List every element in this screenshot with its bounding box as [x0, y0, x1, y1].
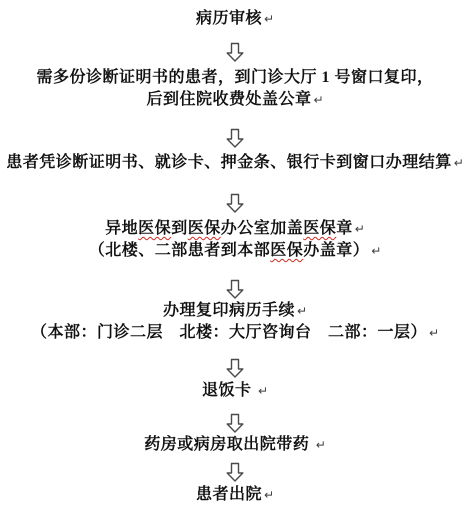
text-segment: 病历审核 — [196, 10, 262, 27]
paragraph-mark: ↵ — [297, 304, 307, 318]
flow-step-line: （本部：门诊二层 北楼：大厅咨询台 二部：一层）↵ — [31, 322, 439, 344]
text-segment: 章 — [336, 220, 353, 237]
text-segment: 异地 — [105, 220, 138, 237]
discharge-flowchart: 病历审核↵需多份诊断证明书的患者，到门诊大厅 1 号窗口复印，后到住院收费处盖公… — [0, 0, 470, 506]
flow-step-line: 病历审核↵ — [196, 8, 274, 30]
hollow-down-arrow-icon — [226, 42, 244, 62]
paragraph-mark: ↵ — [454, 156, 464, 170]
text-segment-spellcheck: 医保 — [138, 220, 171, 237]
text-segment: 办理复印病历手续 — [163, 302, 295, 319]
flow-step-window-settlement: 患者凭诊断证明书、就诊卡、押金条、银行卡到窗口办理结算↵ — [6, 152, 464, 174]
text-segment: 办公室加盖 — [221, 220, 304, 237]
text-segment: 到 — [171, 220, 188, 237]
flow-step-line: 办理复印病历手续↵ — [31, 300, 439, 322]
text-segment: 患者出院 — [196, 486, 262, 503]
flowchart-page: 病历审核↵需多份诊断证明书的患者，到门诊大厅 1 号窗口复印，后到住院收费处盖公… — [0, 0, 470, 513]
paragraph-mark: ↵ — [316, 438, 326, 452]
flow-step-patient-discharge: 患者出院↵ — [196, 484, 274, 506]
text-segment: 患者凭诊断证明书、就诊卡、押金条、银行卡到窗口办理结算 — [6, 154, 452, 171]
paragraph-mark: ↵ — [355, 222, 365, 236]
paragraph-mark: ↵ — [258, 384, 268, 398]
hollow-down-arrow-icon — [226, 193, 244, 213]
flow-step-line: 异地医保到医保办公室加盖医保章↵ — [89, 218, 382, 240]
hollow-down-arrow-icon — [226, 462, 244, 482]
paragraph-mark: ↵ — [429, 326, 439, 340]
text-segment: （本部：门诊二层 北楼：大厅咨询台 二部：一层） — [31, 324, 427, 341]
paragraph-mark: ↵ — [371, 244, 381, 258]
flow-step-line: 患者凭诊断证明书、就诊卡、押金条、银行卡到窗口办理结算↵ — [6, 152, 464, 174]
hollow-down-arrow-icon — [226, 279, 244, 299]
flow-step-line: 退饭卡 ↵ — [202, 380, 268, 402]
hollow-down-arrow-icon — [226, 358, 244, 378]
text-segment-spellcheck: 医保 — [188, 220, 221, 237]
hollow-down-arrow-icon — [226, 413, 244, 433]
flow-step-line: 需多份诊断证明书的患者，到门诊大厅 1 号窗口复印， — [36, 67, 433, 89]
text-segment: 退饭卡 — [202, 382, 256, 399]
flow-step-line: 患者出院↵ — [196, 484, 274, 506]
flow-step-copy-diagnosis-certificate: 需多份诊断证明书的患者，到门诊大厅 1 号窗口复印，后到住院收费处盖公章↵ — [36, 67, 433, 111]
flow-step-copy-medical-record-procedure: 办理复印病历手续↵（本部：门诊二层 北楼：大厅咨询台 二部：一层）↵ — [31, 300, 439, 344]
paragraph-mark: ↵ — [264, 12, 274, 26]
text-segment-spellcheck: 医保 — [270, 242, 303, 259]
flow-step-medical-record-review: 病历审核↵ — [196, 8, 274, 30]
flow-step-line: 药房或病房取出院带药 ↵ — [144, 434, 326, 456]
flow-step-line: 后到住院收费处盖公章↵ — [36, 89, 433, 111]
flow-step-return-meal-card: 退饭卡 ↵ — [202, 380, 268, 402]
paragraph-mark: ↵ — [264, 488, 274, 502]
text-segment: 办盖章） — [303, 242, 369, 259]
flow-step-medical-insurance-stamp: 异地医保到医保办公室加盖医保章↵（北楼、二部患者到本部医保办盖章）↵ — [89, 218, 382, 262]
paragraph-mark: ↵ — [313, 93, 323, 107]
hollow-down-arrow-icon — [226, 128, 244, 148]
text-segment: 后到住院收费处盖公章 — [146, 91, 311, 108]
text-segment: 需多份诊断证明书的患者，到门诊大厅 1 号窗口复印， — [36, 69, 433, 86]
text-segment-spellcheck: 医保 — [303, 220, 336, 237]
text-segment: 药房或病房取出院带药 — [144, 436, 314, 453]
flow-step-line: （北楼、二部患者到本部医保办盖章）↵ — [89, 240, 382, 262]
flow-step-collect-discharge-medicine: 药房或病房取出院带药 ↵ — [144, 434, 326, 456]
text-segment: （北楼、二部患者到本部 — [89, 242, 271, 259]
